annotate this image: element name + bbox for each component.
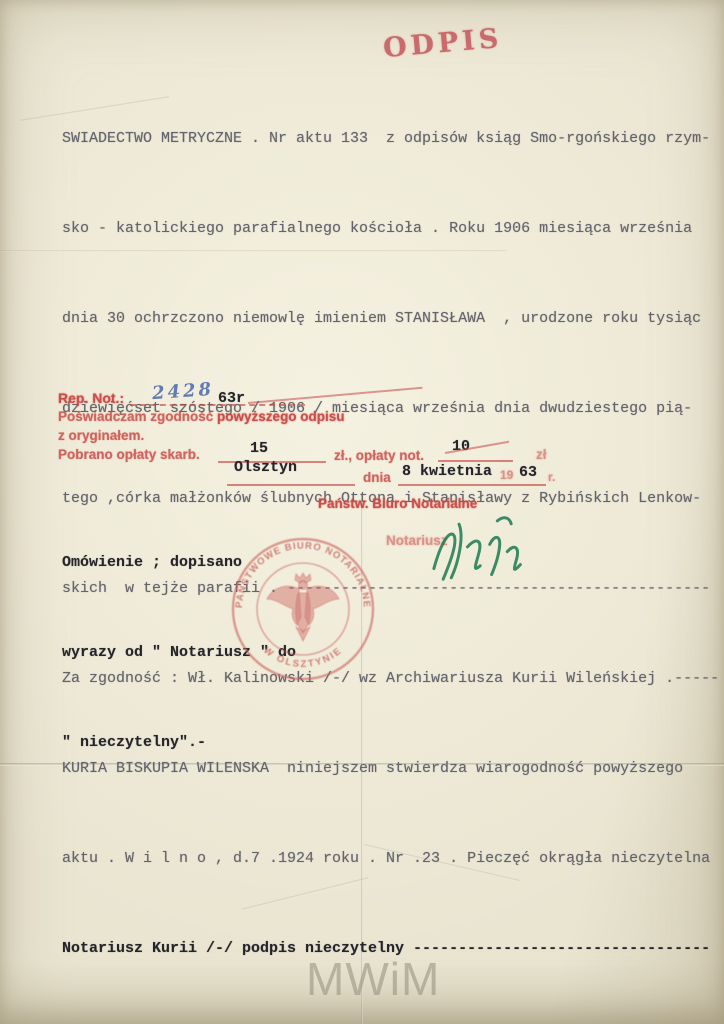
year-typed: 63 bbox=[519, 464, 537, 481]
year-suffix: r. bbox=[548, 470, 555, 484]
body-line: sko - katolickiego parafialnego kościoła… bbox=[62, 214, 722, 244]
fee-notary-value: 10 bbox=[452, 438, 470, 455]
rep-not-label: Rep. Not.: bbox=[58, 390, 124, 406]
fees-label: Pobrano opłaty skarb. bbox=[58, 447, 200, 462]
fee2-underline bbox=[438, 460, 513, 462]
body-line: dnia 30 ochrzczono niemowlę imieniem STA… bbox=[62, 304, 722, 334]
fees-suffix-label: zł bbox=[536, 447, 547, 462]
mwim-watermark: MWiM bbox=[306, 952, 440, 1006]
eagle-emblem-icon bbox=[267, 573, 339, 641]
rep-number-typed: 63r bbox=[218, 390, 245, 407]
year-printed: 19 bbox=[500, 468, 513, 482]
rep-number-handwritten: 2428 bbox=[151, 379, 214, 404]
fee-stamp-duty-value: 15 bbox=[250, 440, 268, 457]
scanned-document: ODPIS SWIADECTWO METRYCZNE . Nr aktu 133… bbox=[0, 0, 724, 1024]
svg-text:W OLSZTYNIE: W OLSZTYNIE bbox=[261, 645, 345, 670]
city-underline bbox=[227, 484, 355, 486]
annotation-line: " nieczytelny".- bbox=[62, 728, 296, 758]
body-line: aktu . W i l n o , d.7 .1924 roku . Nr .… bbox=[62, 844, 722, 874]
city-typed: Olsztyn bbox=[234, 459, 297, 476]
date-underline bbox=[398, 484, 546, 486]
certify-text-b: powyższego odpisu bbox=[217, 409, 345, 424]
body-line: SWIADECTWO METRYCZNE . Nr aktu 133 z odp… bbox=[62, 124, 722, 154]
signature-strokes bbox=[423, 505, 573, 605]
date-typed: 8 kwietnia bbox=[402, 463, 492, 480]
date-label: dnia bbox=[363, 470, 391, 485]
notary-signature bbox=[423, 505, 573, 605]
original-line: z oryginałem. bbox=[58, 428, 144, 443]
fees-mid-label: zł., opłaty not. bbox=[334, 448, 424, 463]
round-seal-graphic: PAŃSTWOWE BIURO NOTARIALNE W OLSZTYNIE bbox=[229, 535, 377, 683]
certify-line: Poświadczam zgodność powyższego odpisu bbox=[58, 408, 345, 426]
seal-ring-text-bottom: W OLSZTYNIE bbox=[261, 645, 345, 670]
certify-text-a: Poświadczam zgodność bbox=[58, 409, 217, 424]
round-seal-stamp: PAŃSTWOWE BIURO NOTARIALNE W OLSZTYNIE bbox=[229, 535, 377, 683]
odpis-title-stamp: ODPIS bbox=[382, 23, 504, 64]
